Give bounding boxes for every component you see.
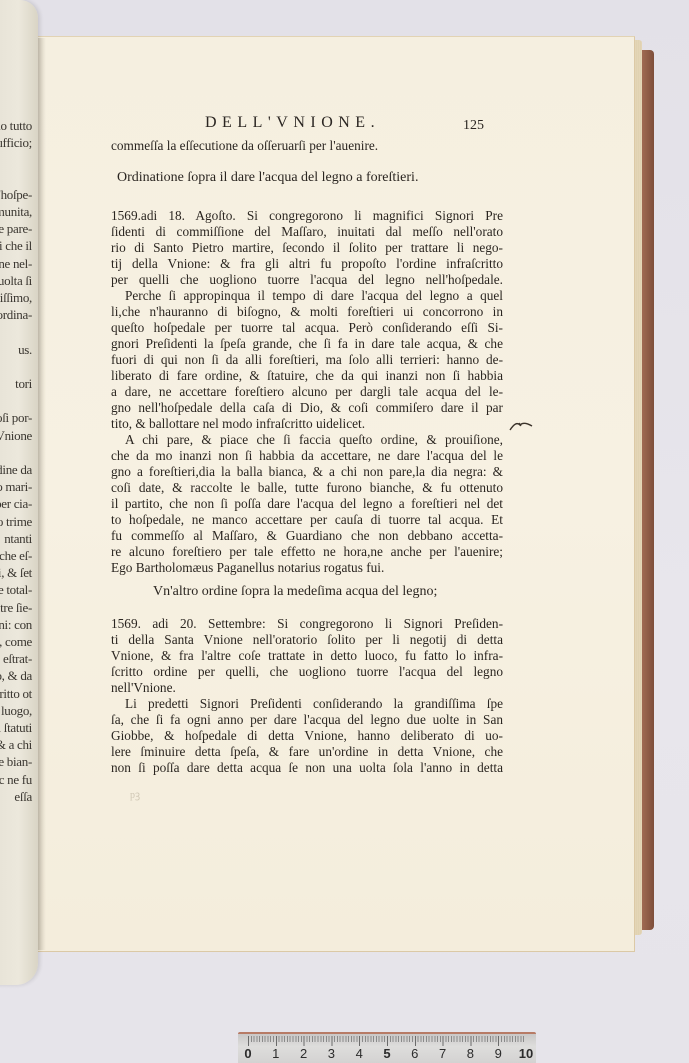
text-line: ſcritto ordine per quelli, che uogliono …: [111, 664, 503, 680]
ruler-label: 4: [356, 1046, 363, 1061]
section-heading-1: Ordinatione ſopra il dare l'acqua del le…: [117, 170, 418, 186]
text-line: Giobbe, & hoſpedale di detta Vnione, han…: [111, 728, 503, 744]
left-page-text-fragment: ltre ſie-: [0, 600, 32, 616]
text-line: rio di Santo Pietro martire, ſecondo il …: [111, 240, 503, 256]
left-page-text-fragment: e total-: [0, 582, 32, 598]
ruler-label: 1: [272, 1046, 279, 1061]
left-page-text-fragment: che eſ-: [0, 548, 32, 564]
left-page-text-fragment: i, come: [0, 634, 32, 650]
left-page-text-fragment: a uolta ſi: [0, 273, 32, 289]
text-line: gnori Preſidenti la ſpeſa grande, che ſi…: [111, 336, 503, 352]
text-line: commeſſa la eſſecutione da oſſeruarſi pe…: [111, 138, 503, 154]
left-page-text-fragment: l'ordina-: [0, 307, 32, 323]
left-page-text-fragment: us.: [18, 342, 32, 358]
text-line: che da mo inanzi non ſi habbia da accett…: [111, 448, 503, 464]
left-page-text-fragment: he pare-: [0, 221, 32, 237]
left-page-text-fragment: riſſimo,: [0, 290, 32, 306]
left-page-text-fragment: rdine da: [0, 462, 32, 478]
running-head: DELL'VNIONE.: [205, 114, 380, 132]
text-line: gno nell'hoſpedale della caſa di Dio, & …: [111, 400, 503, 416]
left-page-text-fragment: i, & ſet: [0, 565, 32, 581]
left-page-text-fragment: & a chi: [0, 737, 32, 753]
text-line: liberato di fare ordine, & ſtatuire, che…: [111, 368, 503, 384]
text-line: nell'Vnione.: [111, 680, 503, 696]
left-page-text-fragment: e eſtrat-: [0, 651, 32, 667]
text-line: tito, & ballottare nel modo infraſcritto…: [111, 416, 503, 432]
text-line: fu commeſſo al Maſſaro, & Guardiano che …: [111, 528, 503, 544]
section-heading-2: Vn'altro ordine ſopra la medeſima acqua …: [153, 584, 437, 600]
text-line: Li predetti Signori Preſidenti conſidera…: [125, 696, 503, 712]
left-page-text-fragment: Vnione: [0, 428, 32, 444]
ruler-label: 5: [383, 1046, 390, 1061]
measurement-ruler: 012345678910: [238, 1032, 536, 1063]
left-page-text-fragment: luogo,: [1, 703, 32, 719]
text-line: a dare, ne accettare foreſtiero alcuno p…: [111, 384, 503, 400]
text-line: ſa, che ſi fa ogni anno per dare l'acqua…: [111, 712, 503, 728]
ruler-ticks: [248, 1036, 526, 1046]
left-page-text-fragment: i ſtatuti: [0, 720, 32, 736]
left-page-text-fragment: ufficio;: [0, 135, 32, 151]
text-line: to hoſpedale, ne manco accettare per cau…: [111, 512, 503, 528]
ruler-label: 8: [467, 1046, 474, 1061]
text-line: ſidenti di commiſſione del Maſſaro, inui…: [111, 224, 503, 240]
left-page-text-fragment: o mari-: [0, 479, 32, 495]
left-page-text-fragment: c ne fu: [0, 772, 32, 788]
ruler-label: 6: [411, 1046, 418, 1061]
text-line: queſto hoſpedale per tuorre tal acqua. P…: [111, 320, 503, 336]
left-page-text-fragment: doſi por-: [0, 410, 32, 426]
text-line: li,che n'hauranno di biſogno, & molti fo…: [111, 304, 503, 320]
left-page-text-fragment: io tutto: [0, 118, 32, 134]
left-page-text-fragment: iene nel-: [0, 256, 32, 272]
left-page-text-fragment: e bian-: [0, 754, 32, 770]
text-line: coſi date, & raccolte le balle, tutte fu…: [111, 480, 503, 496]
text-line: gno a foreſtieri,dia la balla bianca, & …: [111, 464, 503, 480]
text-line: fuori di qui non ſi da alli foreſtieri, …: [111, 352, 503, 368]
marginal-pen-mark-icon: [508, 420, 534, 432]
ruler-label: 3: [328, 1046, 335, 1061]
notary-signature-line: Ego Bartholomæus Paganellus notarius rog…: [111, 560, 503, 576]
left-page-text-fragment: ntanti: [4, 531, 32, 547]
left-page-text-fragment: o, & da: [0, 668, 32, 684]
text-line: non ſi poſſa dare detta acqua ſe non una…: [111, 760, 503, 776]
ruler-label: 10: [519, 1046, 533, 1061]
text-line: A chi pare, & piace che ſi faccia queſto…: [125, 432, 503, 448]
ruler-label: 0: [244, 1046, 251, 1061]
show-through-text: pꝫ: [130, 787, 140, 801]
text-line: ti della Santa Vnione nell'oratorio ſoli…: [111, 632, 503, 648]
left-page-text-fragment: ati che il: [0, 238, 32, 254]
ruler-label: 2: [300, 1046, 307, 1061]
text-line: lere ſminuire detta ſpeſa, & fare un'ord…: [111, 744, 503, 760]
left-page-text-fragment: eſſa: [14, 789, 32, 805]
text-line: Vnione, & fra l'altre coſe trattate in d…: [111, 648, 503, 664]
ruler-label: 9: [495, 1046, 502, 1061]
ruler-label: 7: [439, 1046, 446, 1061]
text-line: 1569.adi 18. Agoſto. Si congregorono li …: [111, 208, 503, 224]
left-page-fragment: io tuttoufficio;l'hoſpe-munita,he pare-a…: [0, 0, 38, 985]
left-page-text-fragment: critto ot: [0, 686, 32, 702]
text-line: 1569. adi 20. Settembre: Si congregorono…: [111, 616, 503, 632]
text-line: il partito, che non ſi poſſa dare l'acqu…: [111, 496, 503, 512]
left-page-text-fragment: l'hoſpe-: [0, 187, 32, 203]
text-line: per quelli che uogliono tuorre l'acqua d…: [111, 272, 503, 288]
text-line: Perche ſi appropinqua il tempo di dare l…: [125, 288, 503, 304]
left-page-text-fragment: ni: con: [0, 617, 32, 633]
text-line: tij della Vnione: & fra gli altri fu pro…: [111, 256, 503, 272]
text-line: re alcuno foreſtiero per tale effetto ne…: [111, 544, 503, 560]
left-page-text-fragment: o trime: [0, 514, 32, 530]
page-number: 125: [463, 118, 484, 134]
left-page-text-fragment: munita,: [0, 204, 32, 220]
left-page-text-fragment: tori: [15, 376, 32, 392]
left-page-text-fragment: per cia-: [0, 496, 32, 512]
